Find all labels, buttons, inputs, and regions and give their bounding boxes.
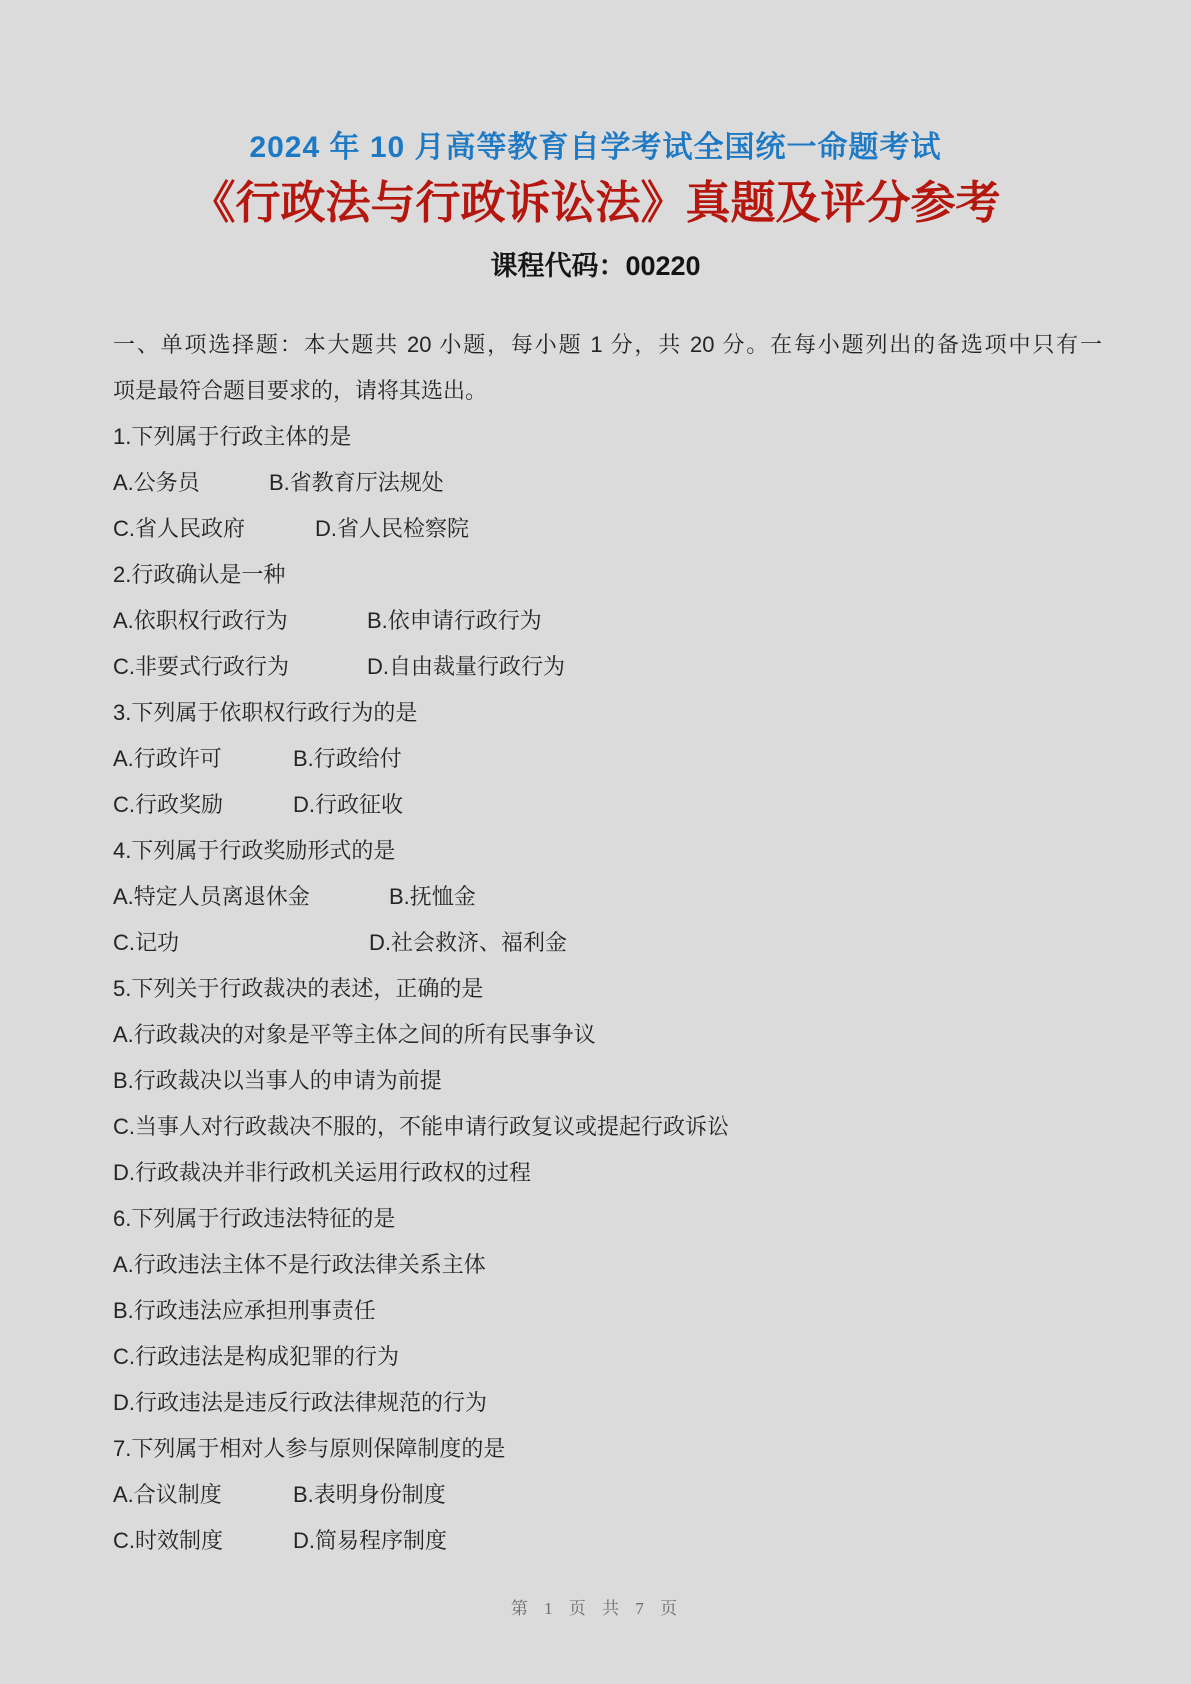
option-a: A.公务员 [113,470,200,495]
question-section: 一、单项选择题：本大题共 20 小题，每小题 1 分，共 20 分。在每小题列出… [113,322,1102,1564]
question-5-option-d: D.行政裁决并非行政机关运用行政权的过程 [113,1150,1102,1196]
option-b: B.行政给付 [293,736,402,782]
option-a: A.行政许可 [113,746,222,771]
section-instruction-line2: 项是最符合题目要求的，请将其选出。 [113,368,1102,414]
option-d: D.社会救济、福利金 [369,920,567,966]
option-c: C.省人民政府 [113,516,245,541]
option-b: B.省教育厅法规处 [269,460,444,506]
exam-session-line: 2024 年 10 月高等教育自学考试全国统一命题考试 [0,122,1191,166]
question-6: 6.下列属于行政违法特征的是 A.行政违法主体不是行政法律关系主体 B.行政违法… [113,1196,1102,1426]
question-6-option-c: C.行政违法是构成犯罪的行为 [113,1334,1102,1380]
question-4-options-cd: C.记功D.社会救济、福利金 [113,920,1102,966]
question-3-stem: 3.下列属于依职权行政行为的是 [113,690,1102,736]
option-c: C.记功 [113,930,179,955]
option-b: B.表明身份制度 [293,1472,446,1518]
question-1-stem: 1.下列属于行政主体的是 [113,414,1102,460]
question-5-option-b: B.行政裁决以当事人的申请为前提 [113,1058,1102,1104]
question-6-stem: 6.下列属于行政违法特征的是 [113,1196,1102,1242]
question-6-option-d: D.行政违法是违反行政法律规范的行为 [113,1380,1102,1426]
option-d: D.自由裁量行政行为 [367,644,565,690]
option-a: A.合议制度 [113,1482,222,1507]
question-3: 3.下列属于依职权行政行为的是 A.行政许可B.行政给付 C.行政奖励D.行政征… [113,690,1102,828]
question-2-options-cd: C.非要式行政行为D.自由裁量行政行为 [113,644,1102,690]
course-code: 课程代码：00220 [0,244,1191,283]
question-6-option-a: A.行政违法主体不是行政法律关系主体 [113,1242,1102,1288]
question-4-stem: 4.下列属于行政奖励形式的是 [113,828,1102,874]
question-7-options-cd: C.时效制度D.简易程序制度 [113,1518,1102,1564]
exam-paper-page: 2024 年 10 月高等教育自学考试全国统一命题考试 《行政法与行政诉讼法》真… [0,0,1191,1684]
question-7: 7.下列属于相对人参与原则保障制度的是 A.合议制度B.表明身份制度 C.时效制… [113,1426,1102,1564]
option-b: B.抚恤金 [389,874,476,920]
option-d: D.行政征收 [293,782,403,828]
question-2: 2.行政确认是一种 A.依职权行政行为B.依申请行政行为 C.非要式行政行为D.… [113,552,1102,690]
option-d: D.省人民检察院 [315,506,469,552]
question-5-stem: 5.下列关于行政裁决的表述，正确的是 [113,966,1102,1012]
question-3-options-cd: C.行政奖励D.行政征收 [113,782,1102,828]
question-5-option-c: C.当事人对行政裁决不服的，不能申请行政复议或提起行政诉讼 [113,1104,1102,1150]
option-c: C.时效制度 [113,1528,223,1553]
option-b: B.依申请行政行为 [367,598,542,644]
question-5-option-a: A.行政裁决的对象是平等主体之间的所有民事争议 [113,1012,1102,1058]
option-d: D.简易程序制度 [293,1518,447,1564]
question-1: 1.下列属于行政主体的是 A.公务员B.省教育厅法规处 C.省人民政府D.省人民… [113,414,1102,552]
question-1-options-ab: A.公务员B.省教育厅法规处 [113,460,1102,506]
option-a: A.依职权行政行为 [113,608,288,633]
question-1-options-cd: C.省人民政府D.省人民检察院 [113,506,1102,552]
question-7-stem: 7.下列属于相对人参与原则保障制度的是 [113,1426,1102,1472]
question-4: 4.下列属于行政奖励形式的是 A.特定人员离退休金B.抚恤金 C.记功D.社会救… [113,828,1102,966]
question-5: 5.下列关于行政裁决的表述，正确的是 A.行政裁决的对象是平等主体之间的所有民事… [113,966,1102,1196]
question-3-options-ab: A.行政许可B.行政给付 [113,736,1102,782]
exam-title: 《行政法与行政诉讼法》真题及评分参考 [0,166,1191,231]
section-instruction-line1: 一、单项选择题：本大题共 20 小题，每小题 1 分，共 20 分。在每小题列出… [113,322,1102,368]
option-c: C.非要式行政行为 [113,654,289,679]
question-6-option-b: B.行政违法应承担刑事责任 [113,1288,1102,1334]
question-4-options-ab: A.特定人员离退休金B.抚恤金 [113,874,1102,920]
question-2-stem: 2.行政确认是一种 [113,552,1102,598]
option-a: A.特定人员离退休金 [113,884,310,909]
option-c: C.行政奖励 [113,792,223,817]
question-7-options-ab: A.合议制度B.表明身份制度 [113,1472,1102,1518]
page-number-indicator: 第 1 页 共 7 页 [0,1594,1191,1619]
question-2-options-ab: A.依职权行政行为B.依申请行政行为 [113,598,1102,644]
